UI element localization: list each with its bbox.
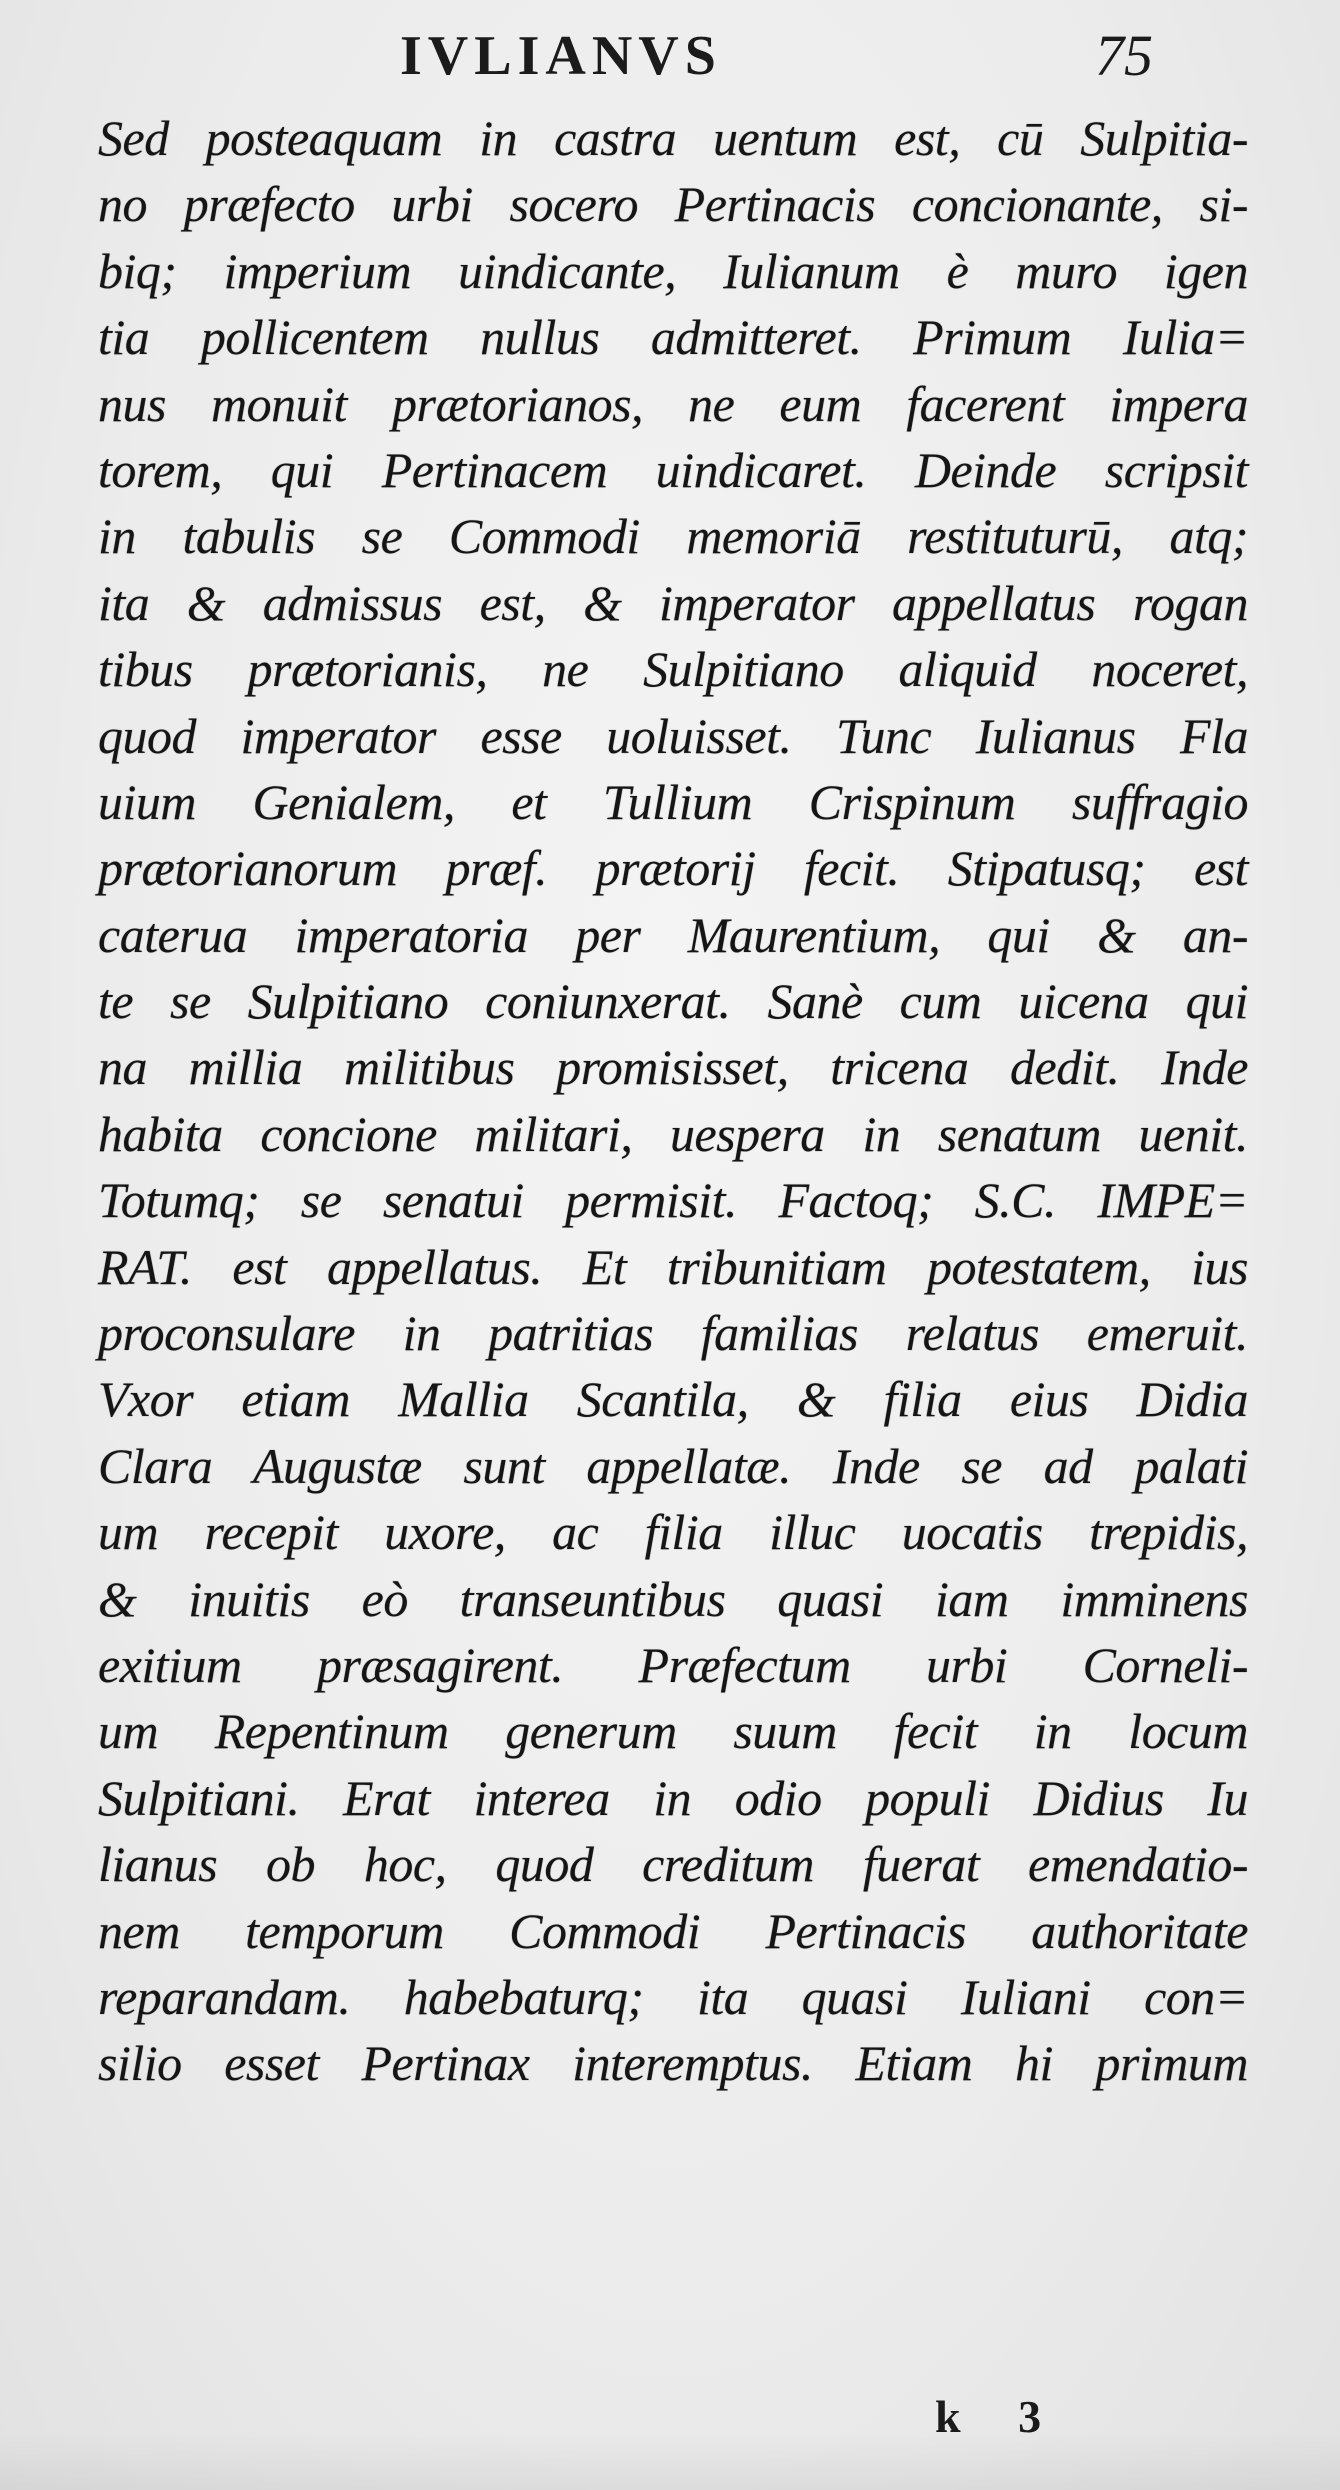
text-line: nem temporum Commodi Pertinacis authorit… — [98, 1898, 1248, 1964]
text-line: um recepit uxore, ac filia illuc uocatis… — [98, 1499, 1248, 1565]
page-number: 75 — [1095, 22, 1153, 89]
body-text: Sed posteaquam in castra uentum est, cū … — [98, 105, 1248, 2097]
text-line: Clara Augustæ sunt appellatæ. Inde se ad… — [98, 1433, 1248, 1499]
text-line: tibus prætorianis, ne Sulpitiano aliquid… — [98, 636, 1248, 702]
text-line: habita concione militari, uespera in sen… — [98, 1101, 1248, 1167]
text-line: uium Genialem, et Tullium Crispinum suff… — [98, 769, 1248, 835]
text-line: in tabulis se Commodi memoriā restitutur… — [98, 503, 1248, 569]
text-line: no præfecto urbi socero Pertinacis conci… — [98, 171, 1248, 237]
text-line: biq; imperium uindicante, Iulianum è mur… — [98, 238, 1248, 304]
text-line: & inuitis eò transeuntibus quasi iam imm… — [98, 1566, 1248, 1632]
text-line: Vxor etiam Mallia Scantila, & filia eius… — [98, 1366, 1248, 1432]
text-line: te se Sulpitiano coniunxerat. Sanè cum u… — [98, 968, 1248, 1034]
book-page: IVLIANVS 75 Sed posteaquam in castra uen… — [0, 0, 1340, 2490]
text-line: caterua imperatoria per Maurentium, qui … — [98, 902, 1248, 968]
running-title: IVLIANVS — [400, 24, 722, 88]
text-line: RAT. est appellatus. Et tribunitiam pote… — [98, 1234, 1248, 1300]
text-line: nus monuit prætorianos, ne eum facerent … — [98, 371, 1248, 437]
text-line: silio esset Pertinax interemptus. Etiam … — [98, 2030, 1248, 2096]
text-line: proconsulare in patritias familias relat… — [98, 1300, 1248, 1366]
text-line: quod imperator esse uoluisset. Tunc Iuli… — [98, 703, 1248, 769]
text-line: torem, qui Pertinacem uindicaret. Deinde… — [98, 437, 1248, 503]
running-head: IVLIANVS 75 — [0, 14, 1340, 94]
text-line: um Repentinum generum suum fecit in locu… — [98, 1698, 1248, 1764]
text-line: lianus ob hoc, quod creditum fuerat emen… — [98, 1831, 1248, 1897]
text-line: exitium præsagirent. Præfectum urbi Corn… — [98, 1632, 1248, 1698]
text-line: Totumq; se senatui permisit. Factoq; S.C… — [98, 1167, 1248, 1233]
text-line: ita & admissus est, & imperator appellat… — [98, 570, 1248, 636]
text-line: reparandam. habebaturq; ita quasi Iulian… — [98, 1964, 1248, 2030]
text-line: prætorianorum præf. prætorij fecit. Stip… — [98, 835, 1248, 901]
text-line: Sed posteaquam in castra uentum est, cū … — [98, 105, 1248, 171]
page-shadow — [0, 2430, 1340, 2490]
text-line: na millia militibus promisisset, tricena… — [98, 1034, 1248, 1100]
text-line: tia pollicentem nullus admitteret. Primu… — [98, 304, 1248, 370]
text-line: Sulpitiani. Erat interea in odio populi … — [98, 1765, 1248, 1831]
